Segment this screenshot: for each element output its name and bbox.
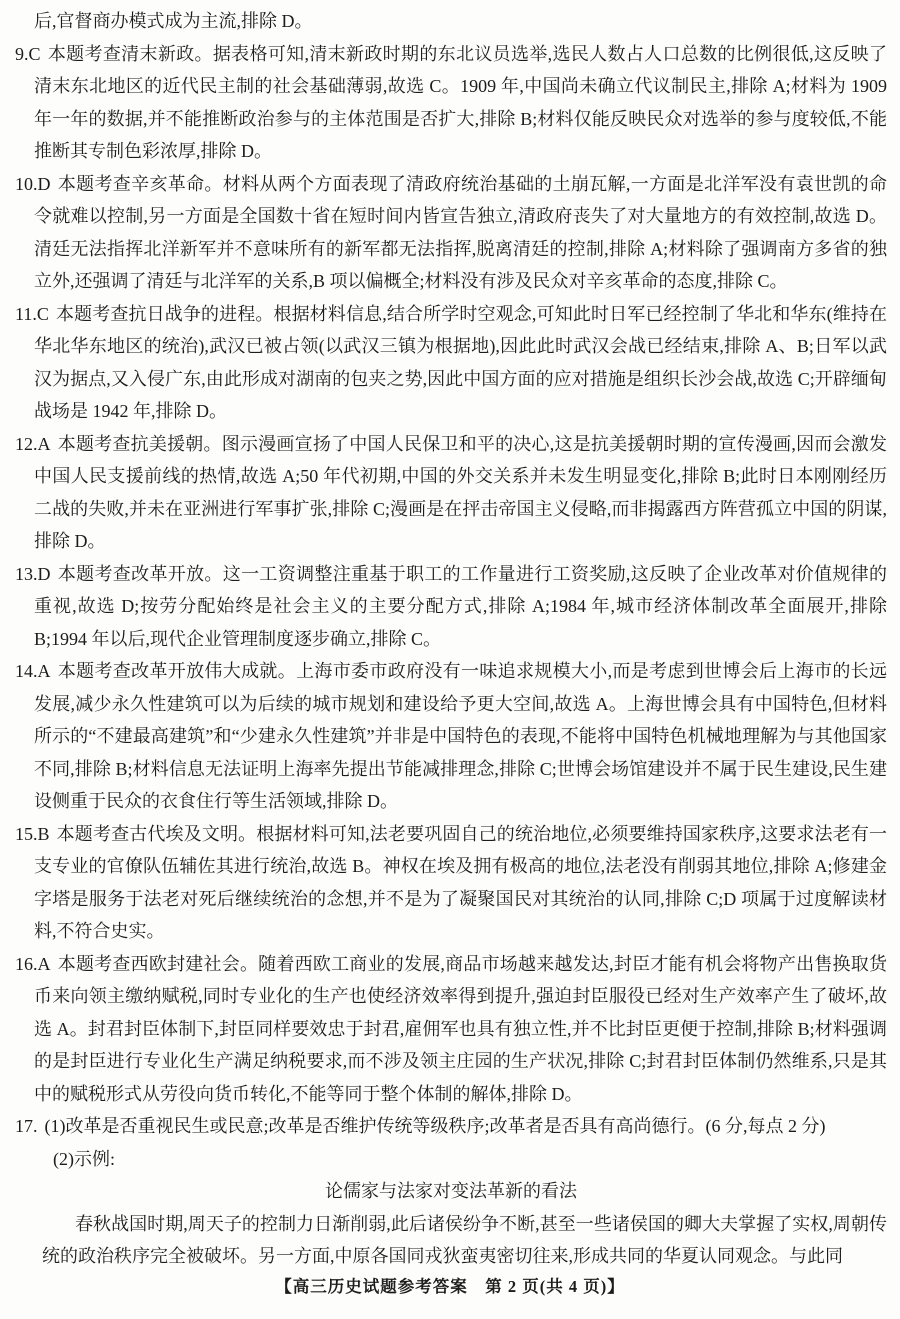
continuation-text: 后,官督商办模式成为主流,排除 D。	[15, 5, 887, 38]
answer-number: 17.	[15, 1116, 38, 1136]
answer-number: 14.A	[15, 661, 51, 681]
answer-text: 本题考查辛亥革命。材料从两个方面表现了清政府统治基础的土崩瓦解,一方面是北洋军没…	[34, 174, 887, 292]
answer-key-page: 后,官督商办模式成为主流,排除 D。 9.C本题考查清末新政。据表格可知,清末新…	[0, 0, 900, 1319]
answer-number: 15.B	[15, 824, 50, 844]
essay-paragraph: 春秋战国时期,周天子的控制力日渐削弱,此后诸侯纷争不断,甚至一些诸侯国的卿大夫掌…	[42, 1208, 887, 1273]
answer-item-17: 17.(1)改革是否重视民生或民意;改革是否维护传统等级秩序;改革者是否具有高尚…	[15, 1110, 887, 1143]
question-17-part2-label: (2)示例:	[15, 1143, 887, 1176]
answer-item-13: 13.D本题考查改革开放。这一工资调整注重基于职工的工作量进行工资奖励,这反映了…	[15, 558, 887, 656]
page-body: 后,官督商办模式成为主流,排除 D。 9.C本题考查清末新政。据表格可知,清末新…	[0, 0, 900, 1273]
answer-item-15: 15.B本题考查古代埃及文明。根据材料可知,法老要巩固自己的统治地位,必须要维持…	[15, 818, 887, 948]
question-17-part1: (1)改革是否重视民生或民意;改革是否维护传统等级秩序;改革者是否具有高尚德行。…	[45, 1116, 826, 1136]
essay-title: 论儒家与法家对变法革新的看法	[15, 1175, 887, 1208]
answer-text: 本题考查西欧封建社会。随着西欧工商业的发展,商品市场越来越发达,封臣才能有机会将…	[34, 954, 887, 1104]
answer-text: 本题考查抗美援朝。图示漫画宣扬了中国人民保卫和平的决心,这是抗美援朝时期的宣传漫…	[34, 434, 887, 552]
answer-number: 12.A	[15, 434, 51, 454]
answer-item-16: 16.A本题考查西欧封建社会。随着西欧工商业的发展,商品市场越来越发达,封臣才能…	[15, 948, 887, 1111]
answer-item-11: 11.C本题考查抗日战争的进程。根据材料信息,结合所学时空观念,可知此时日军已经…	[15, 298, 887, 428]
answer-text: 本题考查改革开放伟大成就。上海市委市政府没有一味追求规模大小,而是考虑到世博会后…	[34, 661, 887, 811]
answer-number: 16.A	[15, 954, 51, 974]
answer-text: 本题考查清末新政。据表格可知,清末新政时期的东北议员选举,选民人数占人口总数的比…	[34, 44, 887, 162]
answer-text: 本题考查抗日战争的进程。根据材料信息,结合所学时空观念,可知此时日军已经控制了华…	[34, 304, 887, 422]
answer-item-12: 12.A本题考查抗美援朝。图示漫画宣扬了中国人民保卫和平的决心,这是抗美援朝时期…	[15, 428, 887, 558]
answer-item-9: 9.C本题考查清末新政。据表格可知,清末新政时期的东北议员选举,选民人数占人口总…	[15, 38, 887, 168]
answer-number: 9.C	[15, 44, 41, 64]
answer-number: 10.D	[15, 174, 51, 194]
answer-text: 本题考查古代埃及文明。根据材料可知,法老要巩固自己的统治地位,必须要维持国家秩序…	[34, 824, 887, 942]
answer-item-10: 10.D本题考查辛亥革命。材料从两个方面表现了清政府统治基础的土崩瓦解,一方面是…	[15, 168, 887, 298]
answer-number: 11.C	[15, 304, 49, 324]
answer-item-14: 14.A本题考查改革开放伟大成就。上海市委市政府没有一味追求规模大小,而是考虑到…	[15, 655, 887, 818]
page-footer: 【高三历史试题参考答案 第 2 页(共 4 页)】	[0, 1271, 900, 1304]
answer-text: 本题考查改革开放。这一工资调整注重基于职工的工作量进行工资奖励,这反映了企业改革…	[34, 564, 887, 649]
answer-number: 13.D	[15, 564, 51, 584]
